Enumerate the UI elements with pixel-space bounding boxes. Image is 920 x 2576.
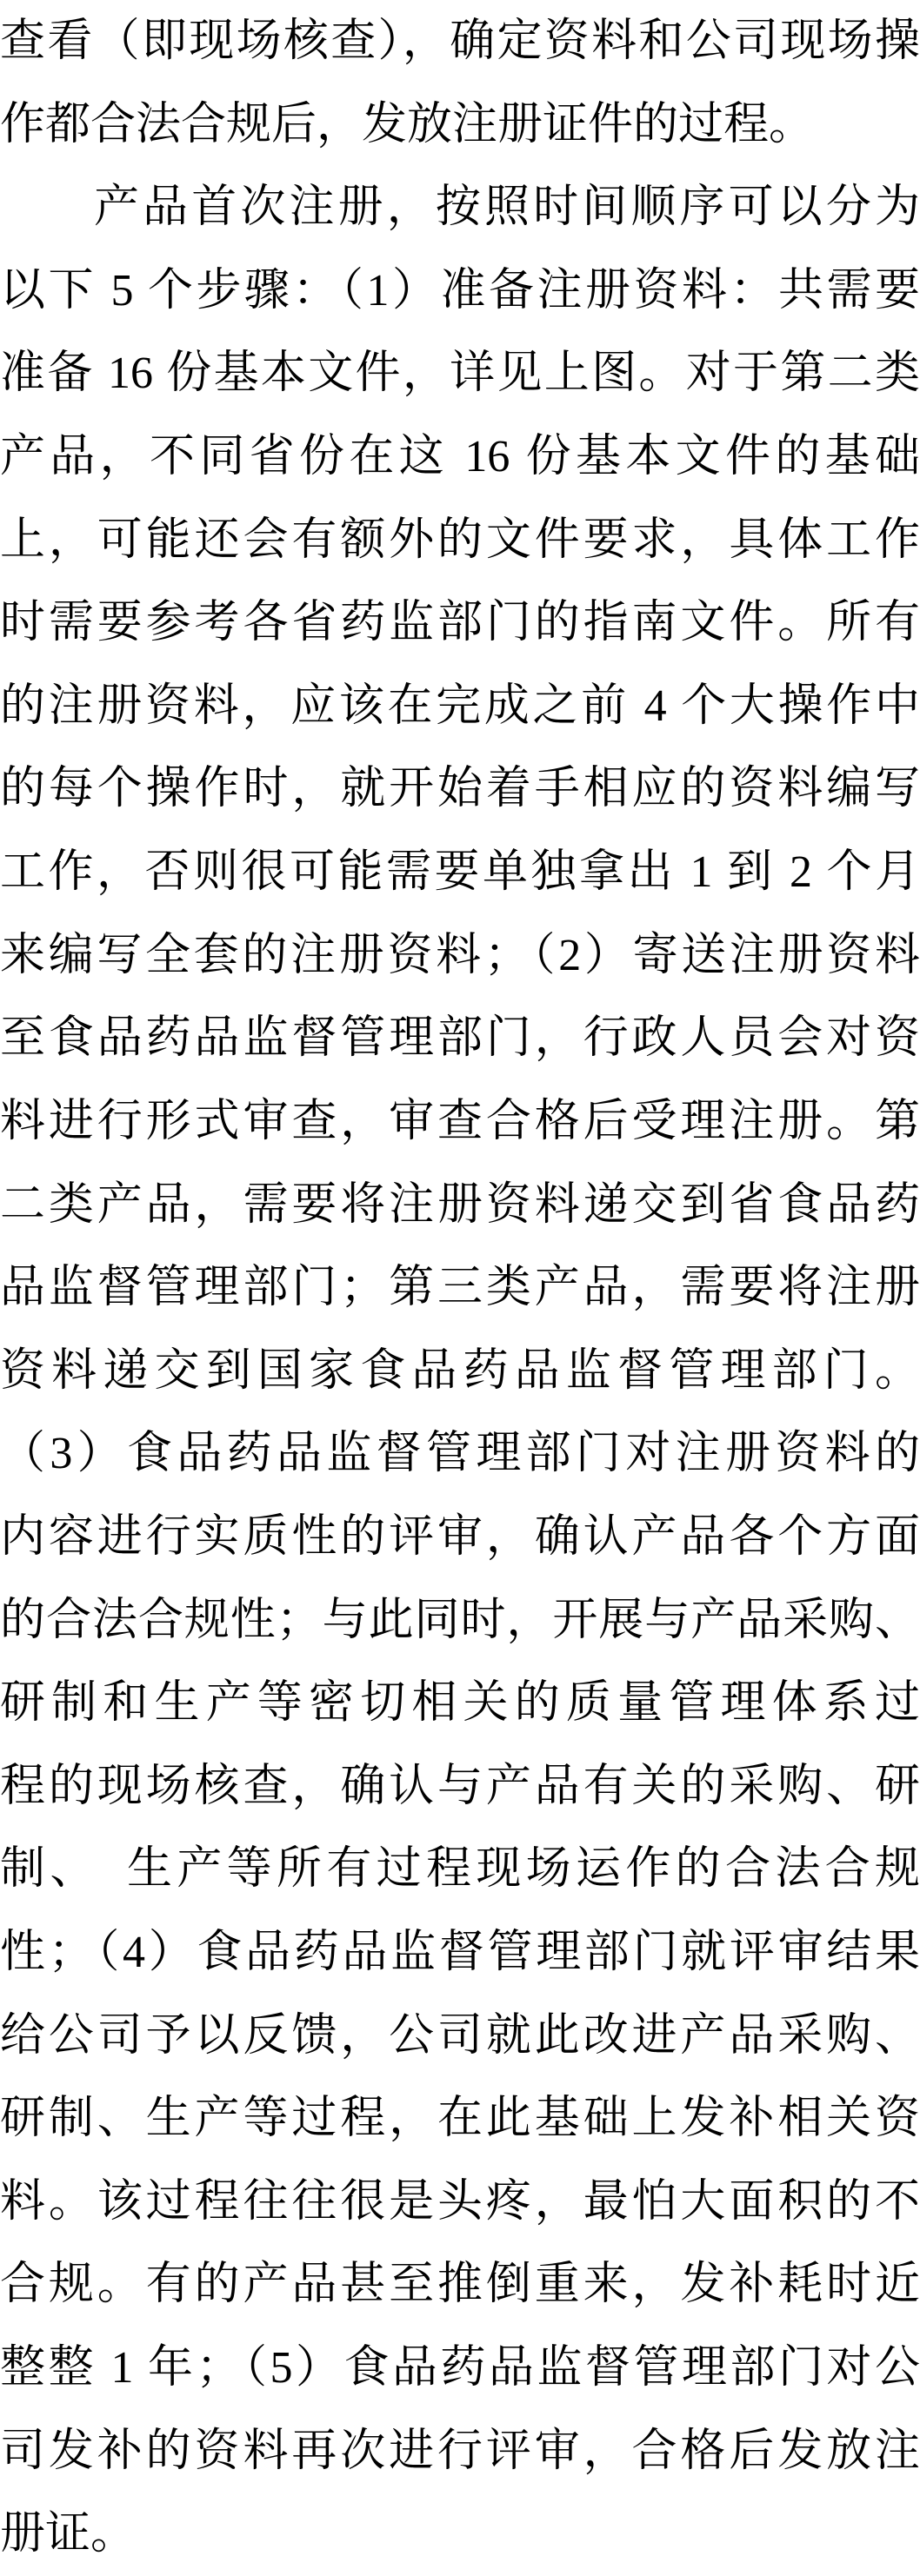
text-line: 产品首次注册，按照时间顺序可以分为 xyxy=(0,166,920,249)
text-line: 性；（4）食品药品监督管理部门就评审结果 xyxy=(0,1911,920,1995)
text-line: 作都合法合规后，发放注册证件的过程。 xyxy=(0,83,920,167)
text-line: 给公司予以反馈，公司就此改进产品采购、 xyxy=(0,1995,920,2078)
text-line: 二类产品，需要将注册资料递交到省食品药 xyxy=(0,1164,920,1247)
text-line: 合规。有的产品甚至推倒重来，发补耗时近 xyxy=(0,2243,920,2327)
text-line: （3）食品药品监督管理部门对注册资料的 xyxy=(0,1412,920,1496)
text-line: 料。该过程往往很是头疼，最怕大面积的不 xyxy=(0,2161,920,2244)
text-line: 以下 5 个步骤：（1）准备注册资料：共需要 xyxy=(0,249,920,333)
text-line: 程的现场核查，确认与产品有关的采购、研 xyxy=(0,1745,920,1829)
text-line: 至食品药品监督管理部门，行政人员会对资 xyxy=(0,997,920,1080)
text-line: 整整 1 年；（5）食品药品监督管理部门对公 xyxy=(0,2327,920,2410)
text-line: 查看（即现场核查），确定资料和公司现场操 xyxy=(0,0,920,83)
text-line: 时需要参考各省药监部门的指南文件。所有 xyxy=(0,581,920,665)
text-line: 准备 16 份基本文件，详见上图。对于第二类 xyxy=(0,332,920,415)
text-line: 来编写全套的注册资料；（2）寄送注册资料 xyxy=(0,914,920,998)
text-line: 的注册资料，应该在完成之前 4 个大操作中 xyxy=(0,665,920,748)
text-line: 研制和生产等密切相关的质量管理体系过 xyxy=(0,1662,920,1745)
document-page: 查看（即现场核查），确定资料和公司现场操 作都合法合规后，发放注册证件的过程。 … xyxy=(0,0,920,2576)
text-line: 司发补的资料再次进行评审，合格后发放注 xyxy=(0,2410,920,2493)
text-line: 的合法合规性；与此同时，开展与产品采购、 xyxy=(0,1579,920,1663)
text-line: 册证。 xyxy=(0,2493,920,2576)
text-line: 上，可能还会有额外的文件要求，具体工作 xyxy=(0,499,920,582)
text-line: 料进行形式审查，审查合格后受理注册。第 xyxy=(0,1080,920,1164)
text-line: 的每个操作时，就开始着手相应的资料编写 xyxy=(0,747,920,831)
text-line: 资料递交到国家食品药品监督管理部门。 xyxy=(0,1330,920,1413)
text-line: 制、 生产等所有过程现场运作的合法合规 xyxy=(0,1828,920,1911)
text-line: 研制、生产等过程，在此基础上发补相关资 xyxy=(0,2077,920,2161)
text-line: 产品，不同省份在这 16 份基本文件的基础 xyxy=(0,415,920,499)
text-line: 工作，否则很可能需要单独拿出 1 到 2 个月 xyxy=(0,831,920,914)
text-line: 品监督管理部门；第三类产品，需要将注册 xyxy=(0,1246,920,1330)
text-line: 内容进行实质性的评审，确认产品各个方面 xyxy=(0,1496,920,1579)
